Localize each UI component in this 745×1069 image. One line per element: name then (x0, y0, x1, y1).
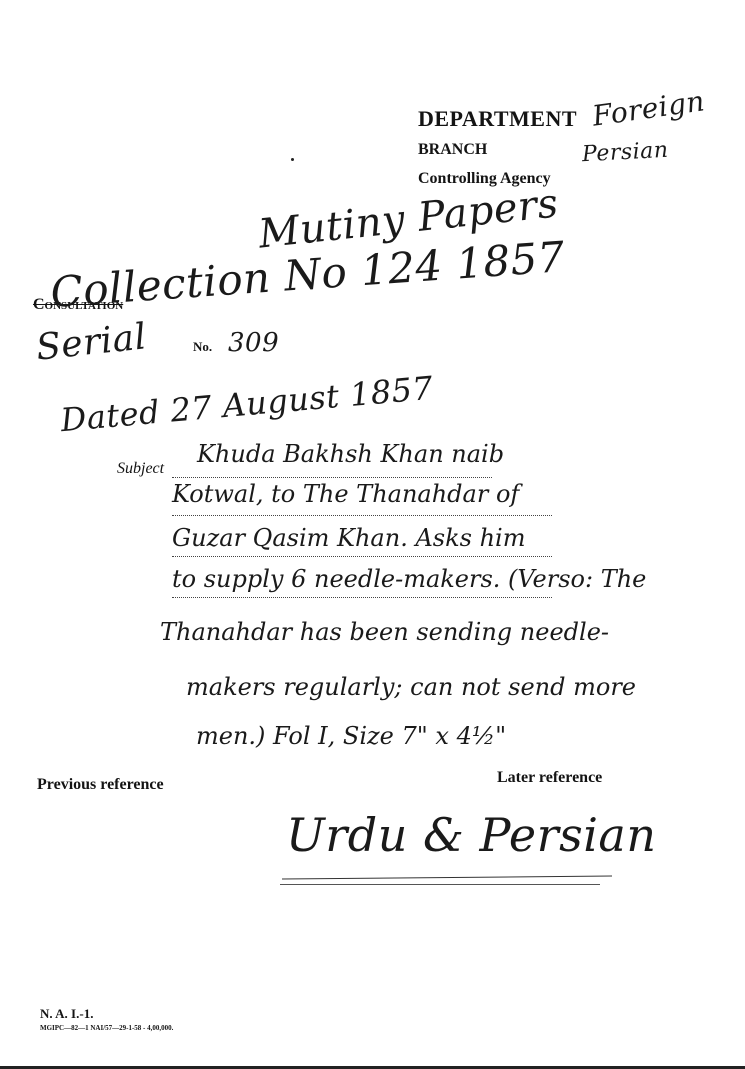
handwritten-branch: Persian (581, 138, 669, 167)
stray-mark (291, 158, 294, 161)
language-underline (282, 876, 612, 880)
subject-dotted-line (172, 597, 552, 598)
handwritten-date: Dated 27 August 1857 (59, 369, 435, 439)
previous-reference-label: Previous reference (37, 776, 164, 794)
subject-line: to supply 6 needle-makers. (Verso: The (172, 565, 646, 593)
subject-dotted-line (172, 515, 552, 516)
subject-line: Kotwal, to The Thanahdar of (172, 480, 519, 508)
subject-line: Guzar Qasim Khan. Asks him (172, 524, 525, 552)
subject-line: makers regularly; can not send more (186, 673, 636, 701)
language-underline (280, 884, 600, 885)
subject-line: Thanahdar has been sending needle- (160, 618, 609, 646)
subject-line: men.) Fol I, Size 7" x 4½" (196, 722, 506, 750)
department-label: DEPARTMENT (418, 106, 577, 132)
handwritten-department: Foreign (590, 84, 707, 132)
printer-line: MGIPC—82—1 NAI/57—29-1-58 - 4,00,000. (40, 1024, 173, 1032)
subject-label: Subject (117, 460, 164, 478)
subject-line: Khuda Bakhsh Khan naib (197, 440, 504, 468)
handwritten-serial-label: Serial (34, 316, 148, 368)
handwritten-language: Urdu & Persian (286, 808, 657, 862)
handwritten-serial-number: 309 (228, 328, 279, 358)
form-code: N. A. I.-1. (40, 1006, 93, 1022)
later-reference-label: Later reference (497, 769, 602, 787)
subject-dotted-line (172, 477, 492, 478)
subject-dotted-line (172, 556, 552, 557)
branch-label: BRANCH (418, 141, 487, 159)
serial-no-label: No. (193, 339, 212, 355)
